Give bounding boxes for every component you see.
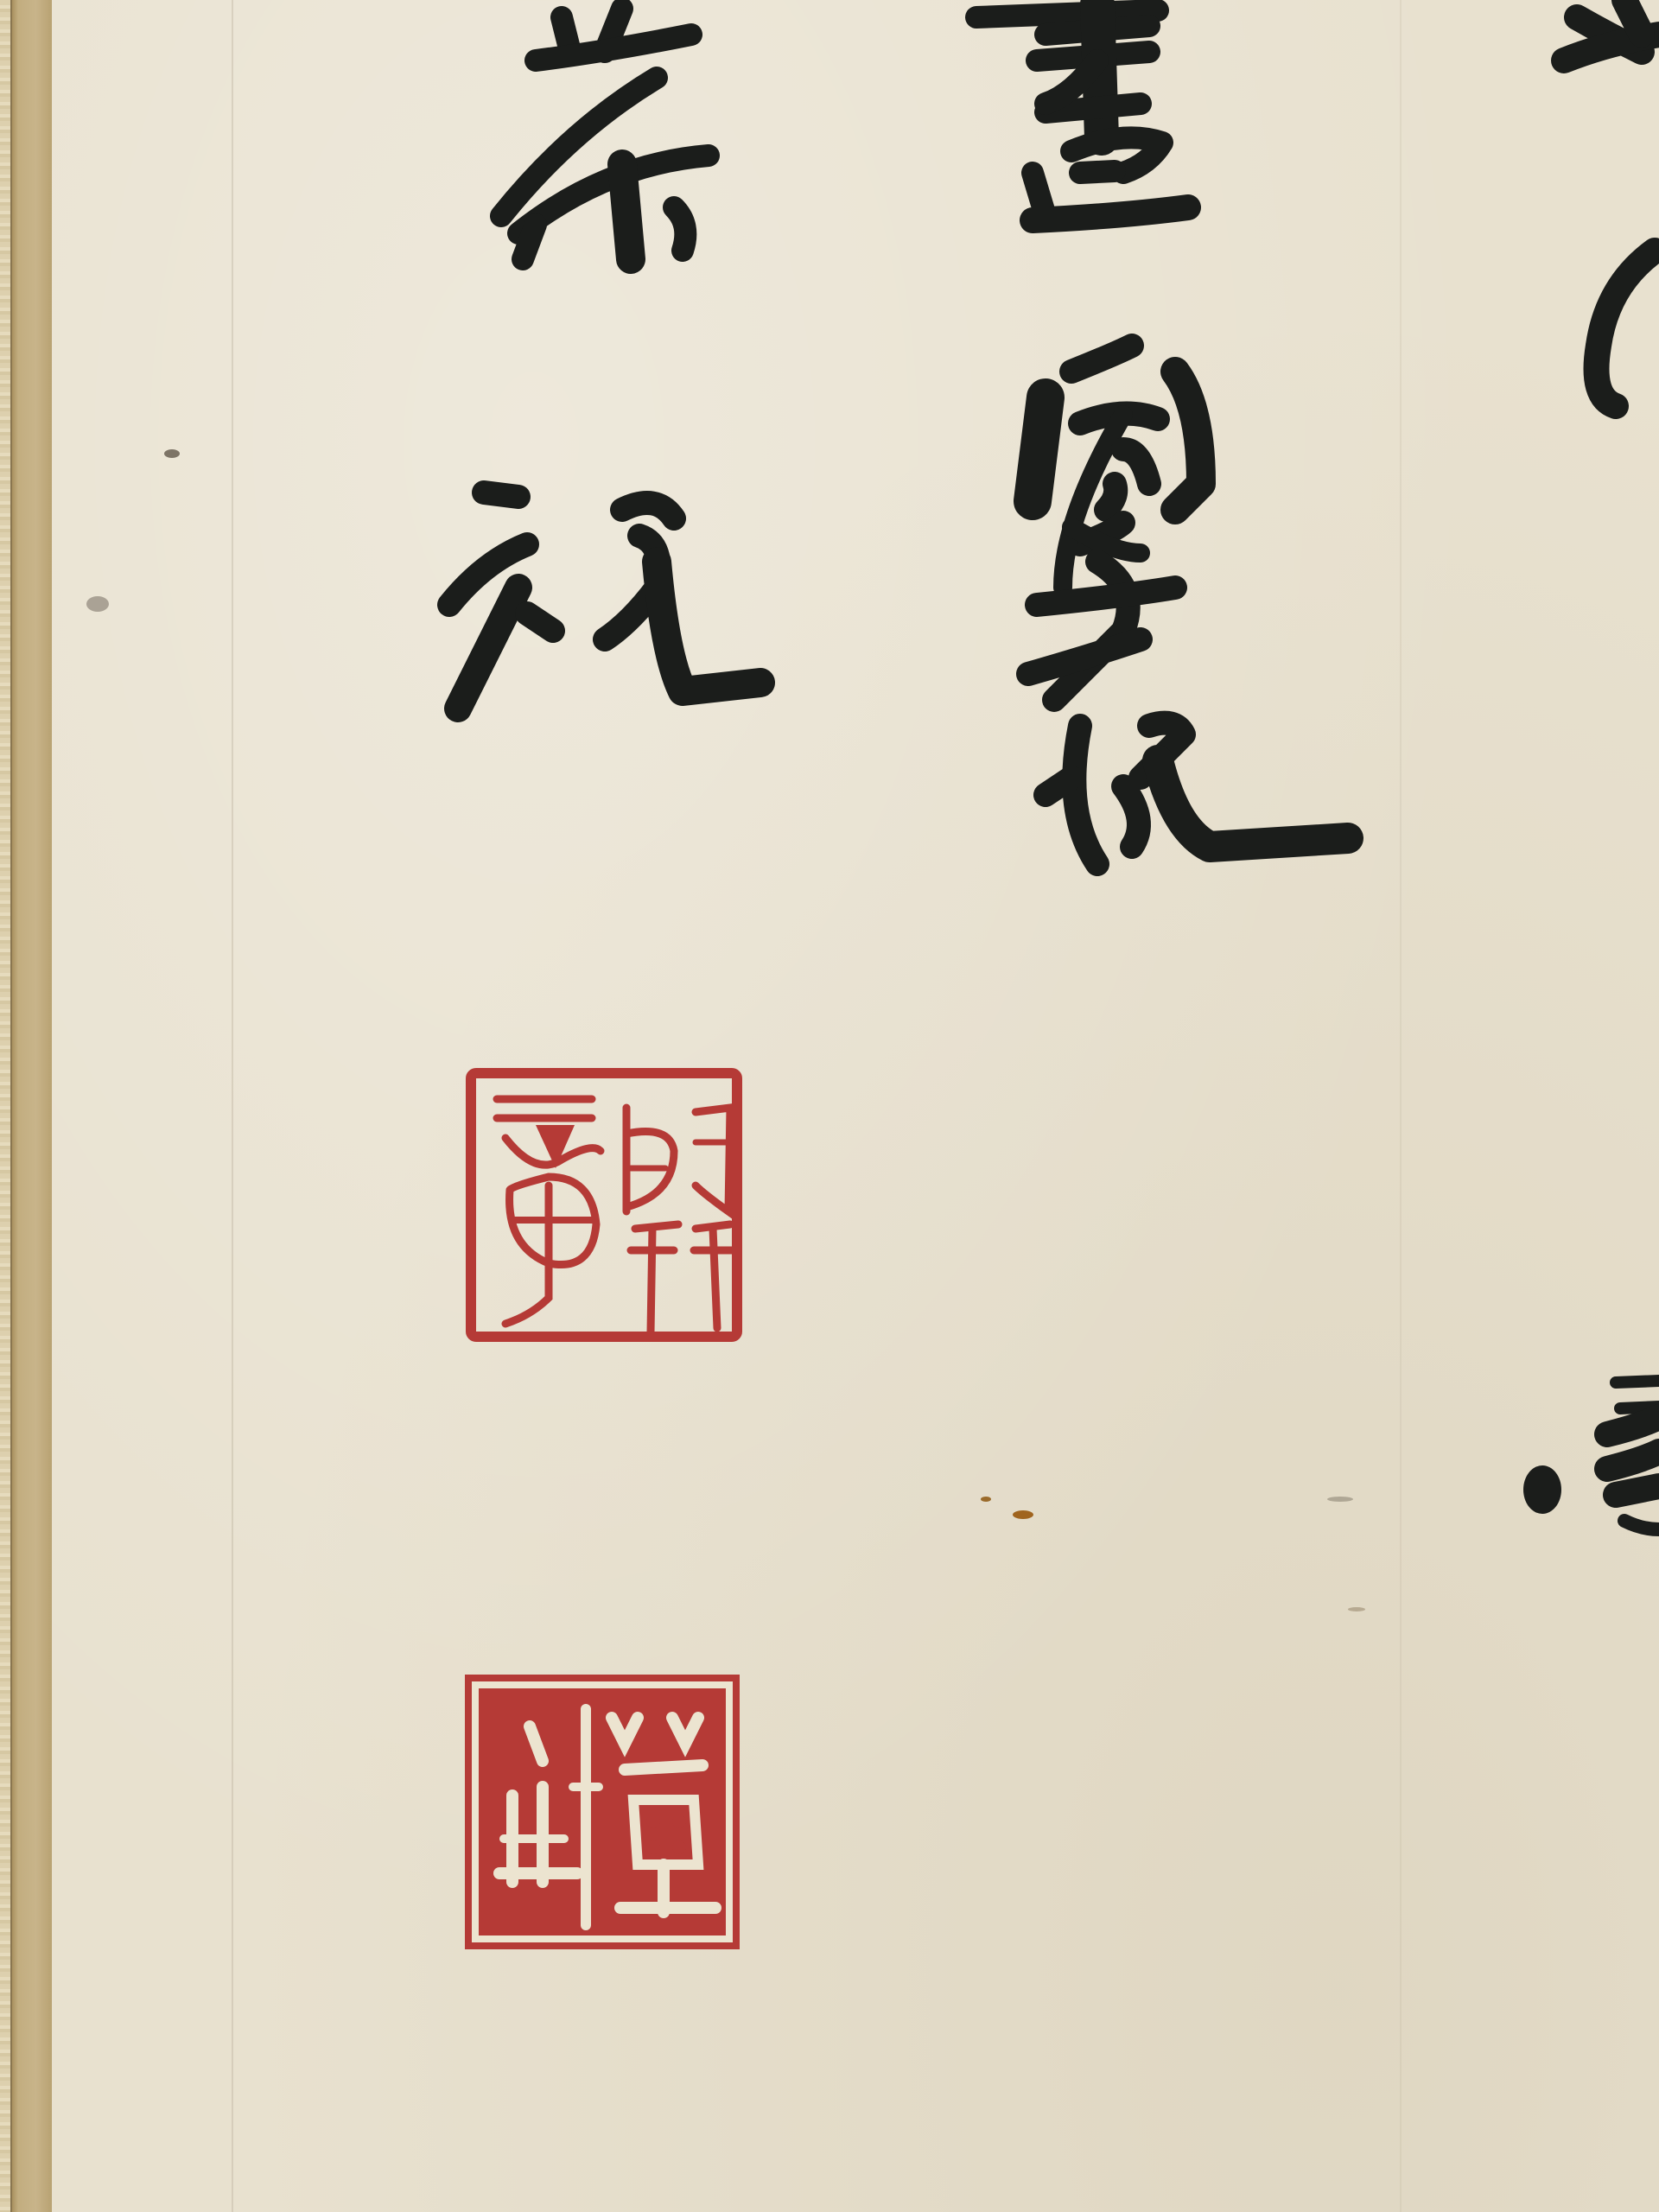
character-tu [501, 9, 709, 259]
calligraphy-scroll-photo: Chinese calligraphy hanging scroll detai… [0, 0, 1659, 2212]
ink-dot [1523, 1465, 1561, 1514]
calligraphy-ink [0, 0, 1659, 2212]
red-seal-lower [456, 1666, 750, 1960]
character-jin [976, 4, 1188, 220]
character-right-column [1564, 0, 1659, 1529]
character-zhu-left [449, 493, 760, 709]
character-hua [1028, 527, 1348, 864]
red-seal-upper [454, 1056, 756, 1358]
character-feng [1024, 207, 1201, 588]
